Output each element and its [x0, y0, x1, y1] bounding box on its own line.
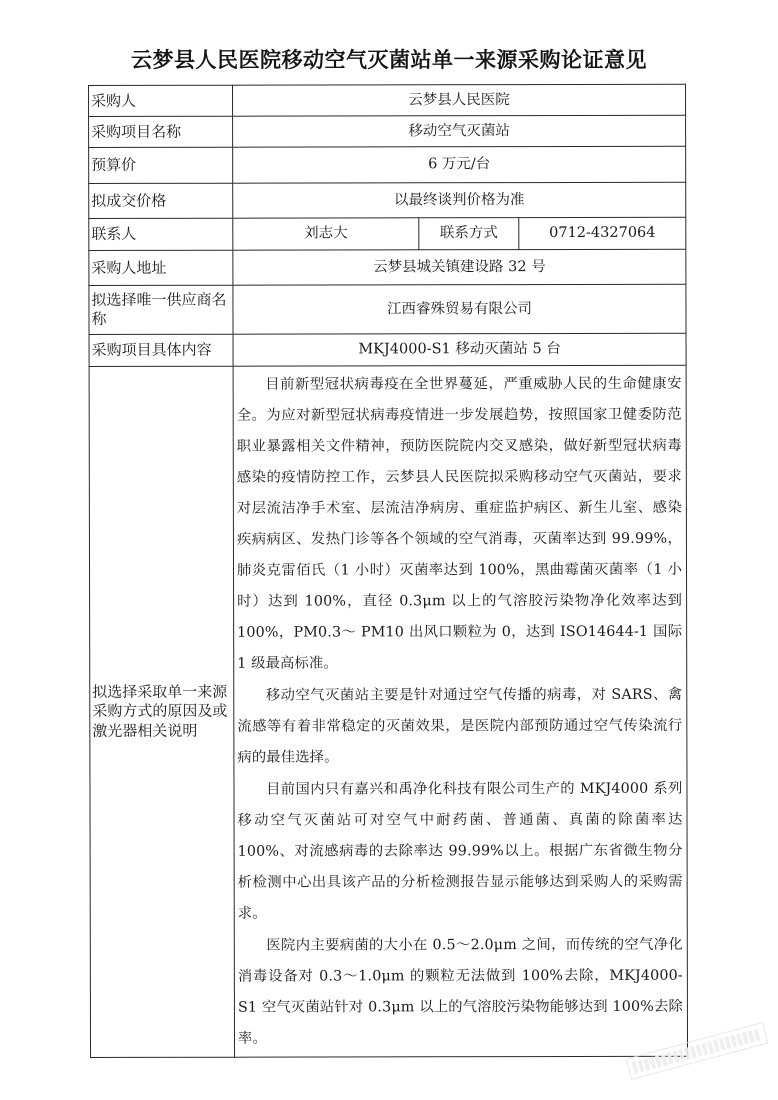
reason-content: 目前新型冠状病毒疫在全世界蔓延，严重威胁人民的生命健康安全。为应对新型冠状病毒疫…: [233, 365, 687, 1057]
proposed-price-label: 拟成交价格: [89, 183, 233, 218]
purchaser-label: 采购人: [89, 85, 233, 116]
reason-paragraph: 目前新型冠状病毒疫在全世界蔓延，严重威胁人民的生命健康安全。为应对新型冠状病毒疫…: [237, 369, 683, 680]
address-label: 采购人地址: [89, 250, 233, 285]
row-budget: 预算价 6 万元/台: [89, 146, 686, 183]
row-contact: 联系人 刘志大 联系方式 0712-4327064: [89, 217, 686, 250]
address-value: 云梦县城关镇建设路 32 号: [233, 249, 686, 285]
project-content-value: MKJ4000-S1 移动灭菌站 5 台: [233, 333, 686, 366]
document-title: 云梦县人民医院移动空气灭菌站单一来源采购论证意见: [0, 44, 778, 74]
row-purchaser: 采购人 云梦县人民医院: [89, 84, 686, 116]
supplier-value: 江西睿殊贸易有限公司: [233, 284, 686, 334]
reason-paragraph: 移动空气灭菌站主要是针对通过空气传播的病毒，对 SARS、禽流感等有着非常稳定的…: [237, 680, 682, 774]
row-supplier: 拟选择唯一供应商名称 江西睿殊贸易有限公司: [89, 284, 686, 334]
reason-paragraph: 目前国内只有嘉兴和禹净化科技有限公司生产的 MKJ4000 系列移动空气灭菌站可…: [237, 774, 682, 930]
row-proposed-price: 拟成交价格 以最终谈判价格为准: [89, 182, 686, 218]
project-name-value: 移动空气灭菌站: [233, 115, 686, 147]
purchaser-value: 云梦县人民医院: [233, 84, 686, 116]
row-reason: 拟选择采取单一来源采购方式的原因及或激光器相关说明 目前新型冠状病毒疫在全世界蔓…: [89, 365, 687, 1057]
contact-person-label: 联系人: [89, 218, 233, 250]
contact-method-label: 联系方式: [419, 218, 519, 250]
proposed-price-value: 以最终谈判价格为准: [233, 182, 686, 218]
project-name-label: 采购项目名称: [89, 116, 233, 147]
row-address: 采购人地址 云梦县城关镇建设路 32 号: [89, 249, 686, 285]
reason-paragraph: 医院内主要病菌的大小在 0.5～2.0μm 之间，而传统的空气净化消毒设备对 0…: [238, 930, 683, 1055]
row-project-content: 采购项目具体内容 MKJ4000-S1 移动灭菌站 5 台: [89, 333, 686, 366]
row-project-name: 采购项目名称 移动空气灭菌站: [89, 115, 686, 147]
procurement-form-table: 采购人 云梦县人民医院 采购项目名称 移动空气灭菌站 预算价 6 万元/台 拟成…: [88, 84, 688, 1058]
project-content-label: 采购项目具体内容: [89, 334, 233, 366]
reason-label: 拟选择采取单一来源采购方式的原因及或激光器相关说明: [89, 366, 234, 1057]
supplier-label: 拟选择唯一供应商名称: [89, 285, 233, 334]
budget-value: 6 万元/台: [233, 146, 686, 183]
contact-person-value: 刘志大: [233, 218, 419, 250]
contact-phone-value: 0712-4327064: [519, 217, 686, 249]
budget-label: 预算价: [89, 147, 233, 183]
